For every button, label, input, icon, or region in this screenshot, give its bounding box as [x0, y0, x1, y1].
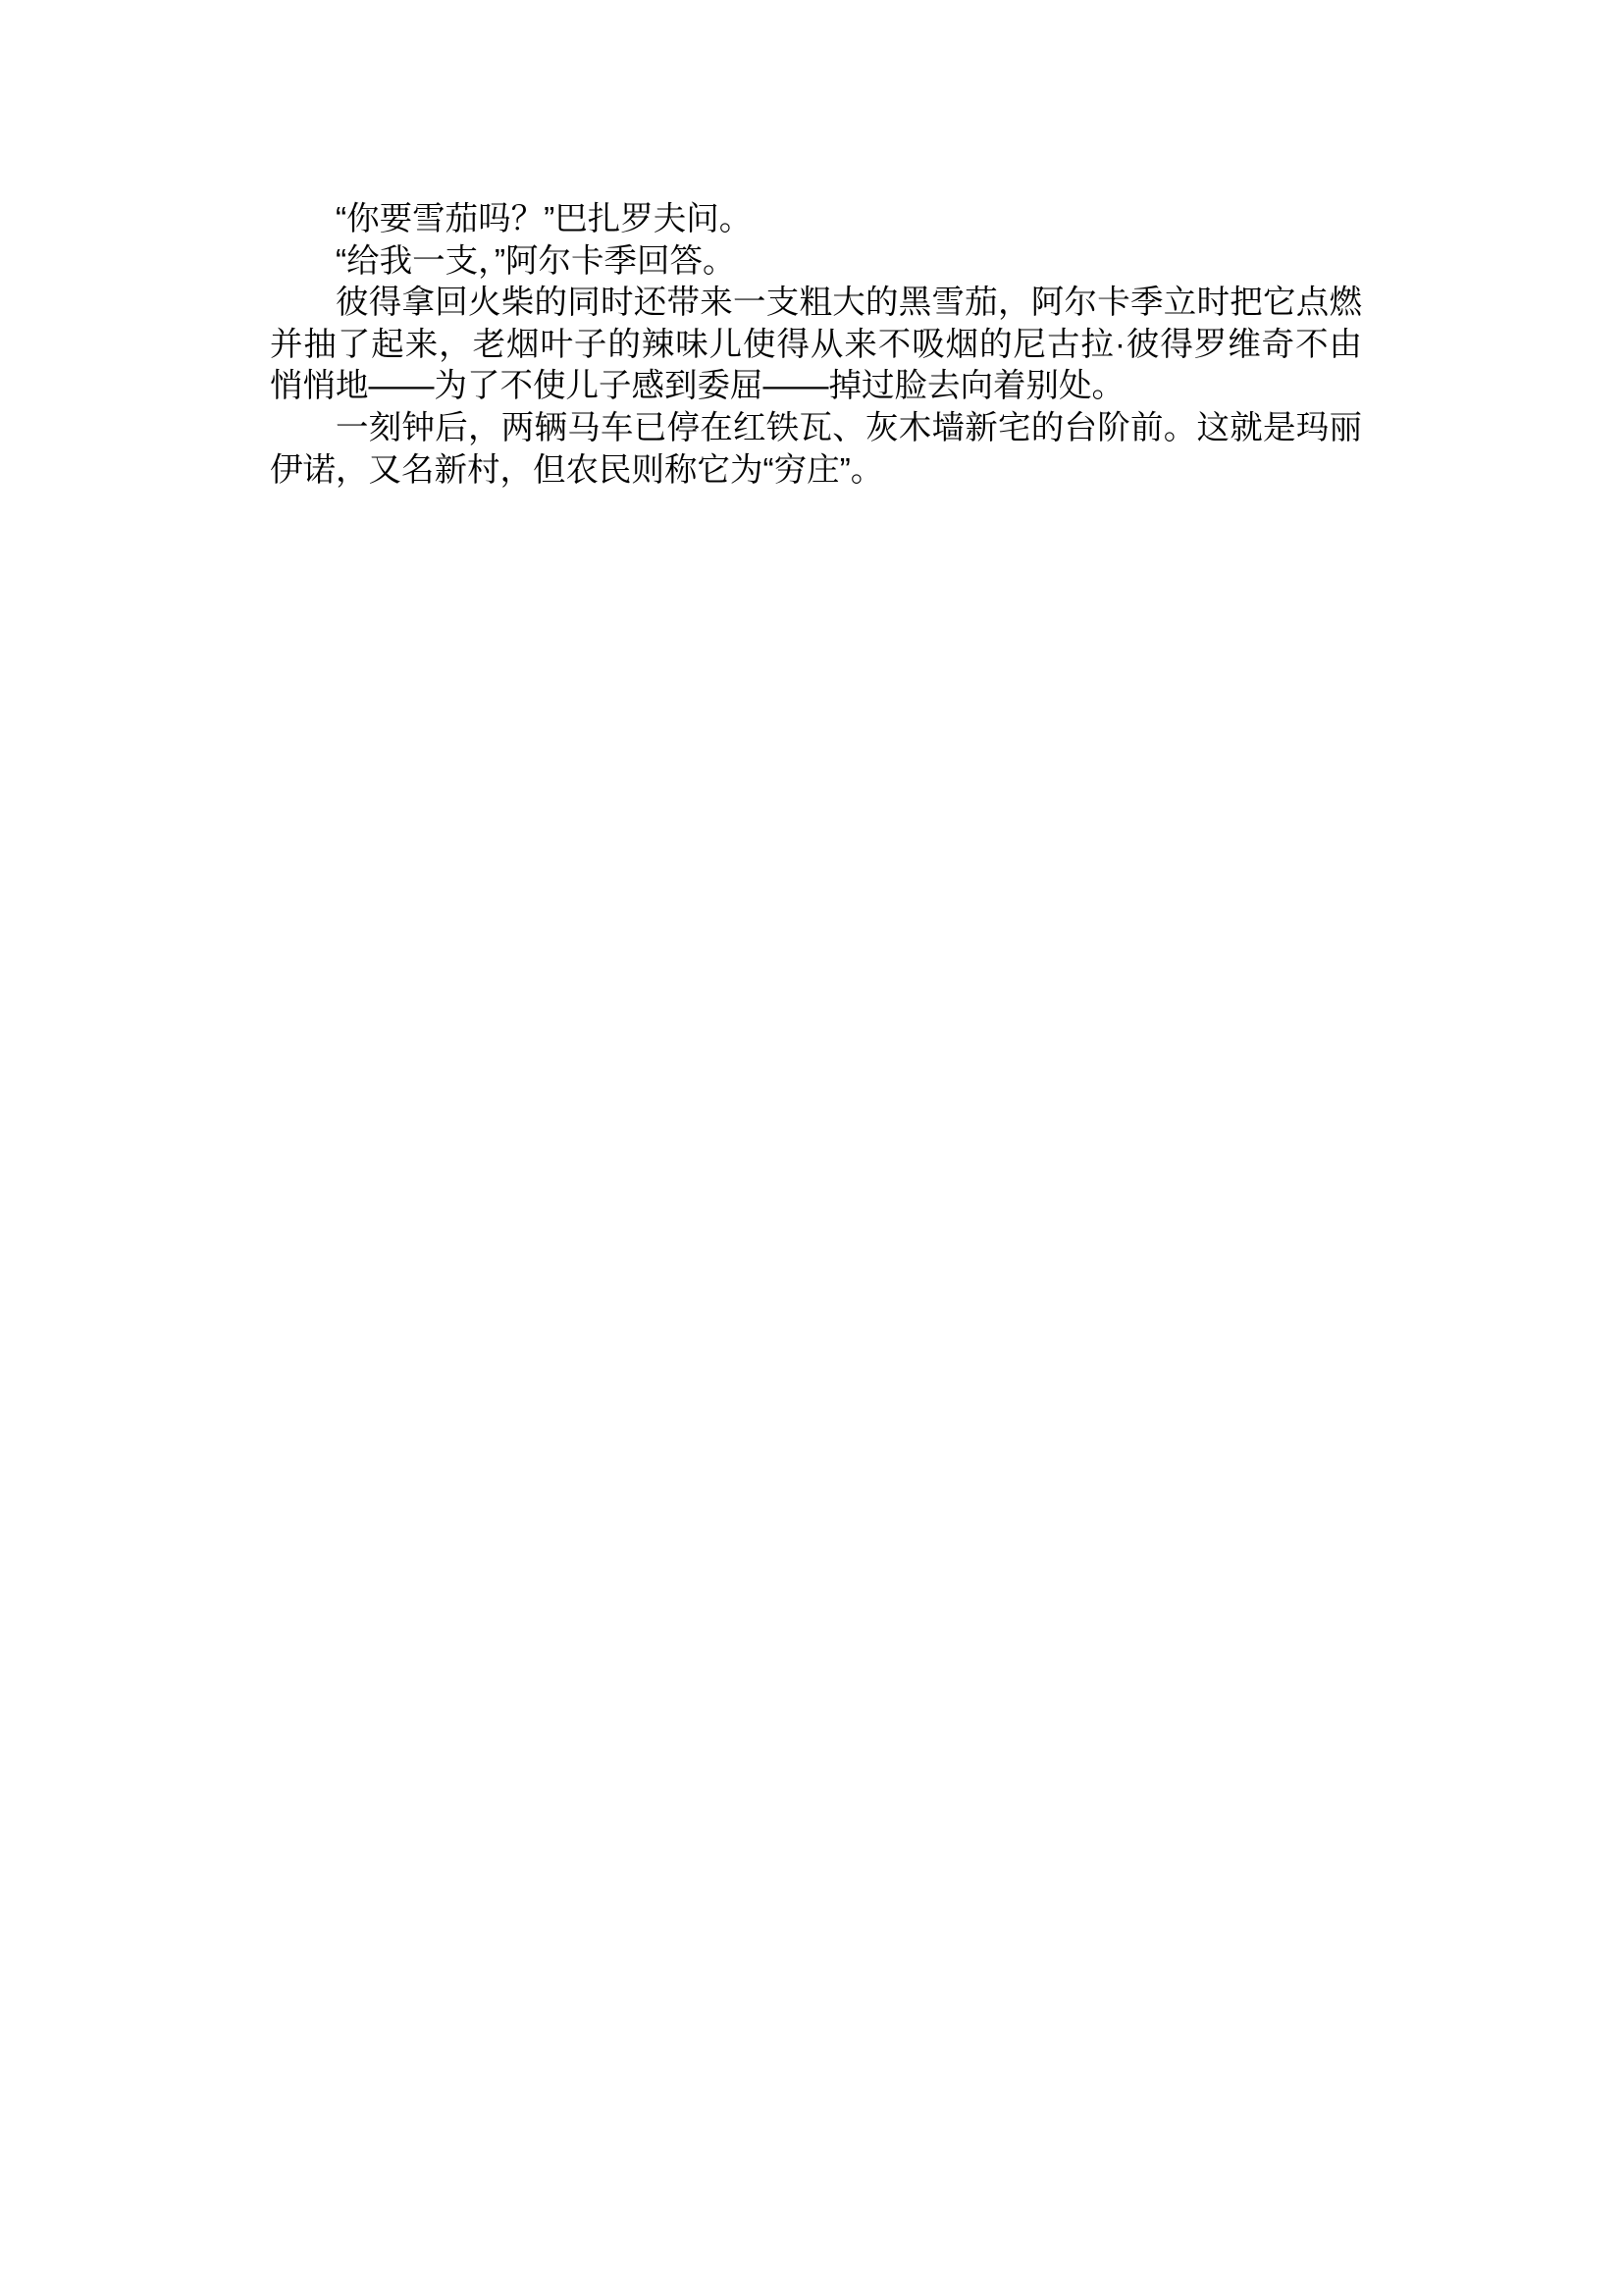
document-page: “你要雪茄吗？”巴扎罗夫问。 “给我一支，”阿尔卡季回答。 彼得拿回火柴的同时还… [0, 0, 1624, 2294]
body-text-block: “你要雪茄吗？”巴扎罗夫问。 “给我一支，”阿尔卡季回答。 彼得拿回火柴的同时还… [270, 199, 1362, 492]
paragraph-dialogue-2: “给我一支，”阿尔卡季回答。 [270, 241, 1362, 284]
paragraph-dialogue-1: “你要雪茄吗？”巴扎罗夫问。 [270, 199, 1362, 241]
paragraph-narrative-2: 一刻钟后，两辆马车已停在红铁瓦、灰木墙新宅的台阶前。这就是玛丽伊诺，又名新村，但… [270, 408, 1362, 492]
paragraph-narrative-1: 彼得拿回火柴的同时还带来一支粗大的黑雪茄，阿尔卡季立时把它点燃并抽了起来，老烟叶… [270, 283, 1362, 408]
